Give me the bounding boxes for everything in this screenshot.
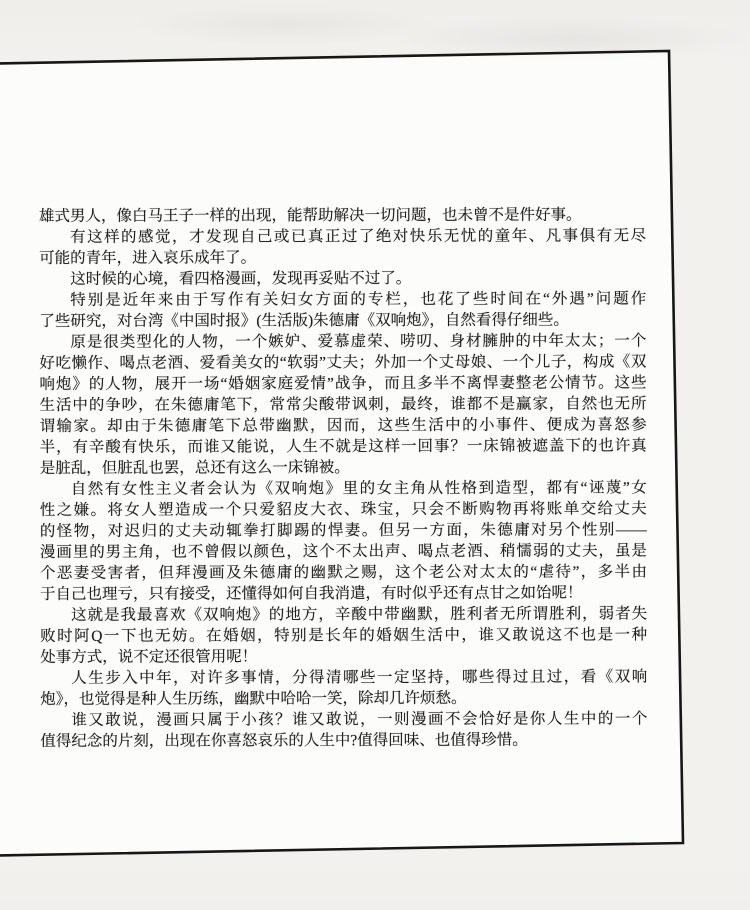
text-line: 谓输家。却由于朱德庸笔下总带幽默，因而，这些生活中的小事件、便成为喜怒参	[40, 414, 647, 437]
text-line: 了些研究，对台湾《中国时报》(生活版)朱德庸《双响炮》，自然看得仔细些。	[39, 309, 646, 332]
text-line: 处事方式，说不定还很管用呢！	[40, 645, 647, 668]
text-line: 响炮》的人物，展开一场“婚姻家庭爱情”战争，而且多半不离悍妻整老公情节。这些	[39, 372, 646, 395]
text-line: 这时候的心境，看四格漫画，发现再妥贴不过了。	[39, 267, 646, 290]
text-line: 可能的青年，进入哀乐成年了。	[39, 246, 646, 269]
text-block: 雄式男人，像白马王子一样的出现，能帮助解决一切问题，也未曾不是件好事。有这样的感…	[39, 204, 647, 752]
text-line: 人生步入中年，对许多事情，分得清哪些一定坚持，哪些得过且过，看《双响	[40, 666, 647, 689]
text-line: 是脏乱，但脏乱也罢，总还有这么一床锦被。	[40, 456, 647, 479]
text-line: 值得纪念的片刻，出现在你喜怒哀乐的人生中?值得回味、也值得珍惜。	[40, 729, 647, 752]
text-line: 雄式男人，像白马王子一样的出现，能帮助解决一切问题，也未曾不是件好事。	[39, 204, 646, 227]
text-line: 的怪物，对迟归的丈夫动辄拳打脚踢的悍妻。但另一方面，朱德庸对另个性别——	[40, 519, 647, 542]
text-line: 败时阿Q一下也无妨。在婚姻，特别是长年的婚姻生活中，谁又敢说这不也是一种	[40, 624, 647, 647]
text-line: 漫画里的男主角，也不曾假以颜色，这个不太出声、喝点老酒、稍懦弱的丈夫，虽是	[40, 540, 647, 563]
text-line: 有这样的感觉，才发现自己或已真正过了绝对快乐无忧的童年、凡事俱有无尽	[39, 225, 646, 248]
text-line: 半，有辛酸有快乐，而谁又能说，人生不就是这样一回事？一床锦被遮盖下的也许真	[40, 435, 647, 458]
text-line: 炮》，也觉得是种人生历练，幽默中哈哈一笑，除却几许烦愁。	[40, 687, 647, 710]
text-line: 特别是近年来由于写作有关妇女方面的专栏，也花了些时间在“外遇”问题作	[39, 288, 646, 311]
text-line: 性之嫌。将女人塑造成一个只爱貂皮大衣、珠宝，只会不断购物再将账单交给丈夫	[40, 498, 647, 521]
text-line: 于自己也理亏，只有接受，还懂得如何自我消遣，有时似乎还有点甘之如饴呢！	[40, 582, 647, 605]
text-line: 谁又敢说，漫画只属于小孩？谁又敢说，一则漫画不会恰好是你人生中的一个	[40, 708, 647, 731]
text-line: 生活中的争吵，在朱德庸笔下，常常尖酸带讽刺，最终，谁都不是赢家，自然也无所	[39, 393, 646, 416]
text-line: 好吃懒作、喝点老酒、爱看美女的“软弱”丈夫；外加一个丈母娘、一个儿子，构成《双	[39, 351, 646, 374]
text-line: 这就是我最喜欢《双响炮》的地方，辛酸中带幽默，胜利者无所谓胜利，弱者失	[40, 603, 647, 626]
text-line: 自然有女性主义者会认为《双响炮》里的女主角从性格到造型，都有“诬蔑”女	[40, 477, 647, 500]
text-line: 个恶妻受害者，但拜漫画及朱德庸的幽默之赐，这个老公对太太的“虐待”，多半由	[40, 561, 647, 584]
text-line: 原是很类型化的人物，一个嫉妒、爱慕虚荣、唠叨、身材臃肿的中年太太；一个	[39, 330, 646, 353]
scanned-book-page: 雄式男人，像白马王子一样的出现，能帮助解决一切问题，也未曾不是件好事。有这样的感…	[0, 0, 750, 910]
